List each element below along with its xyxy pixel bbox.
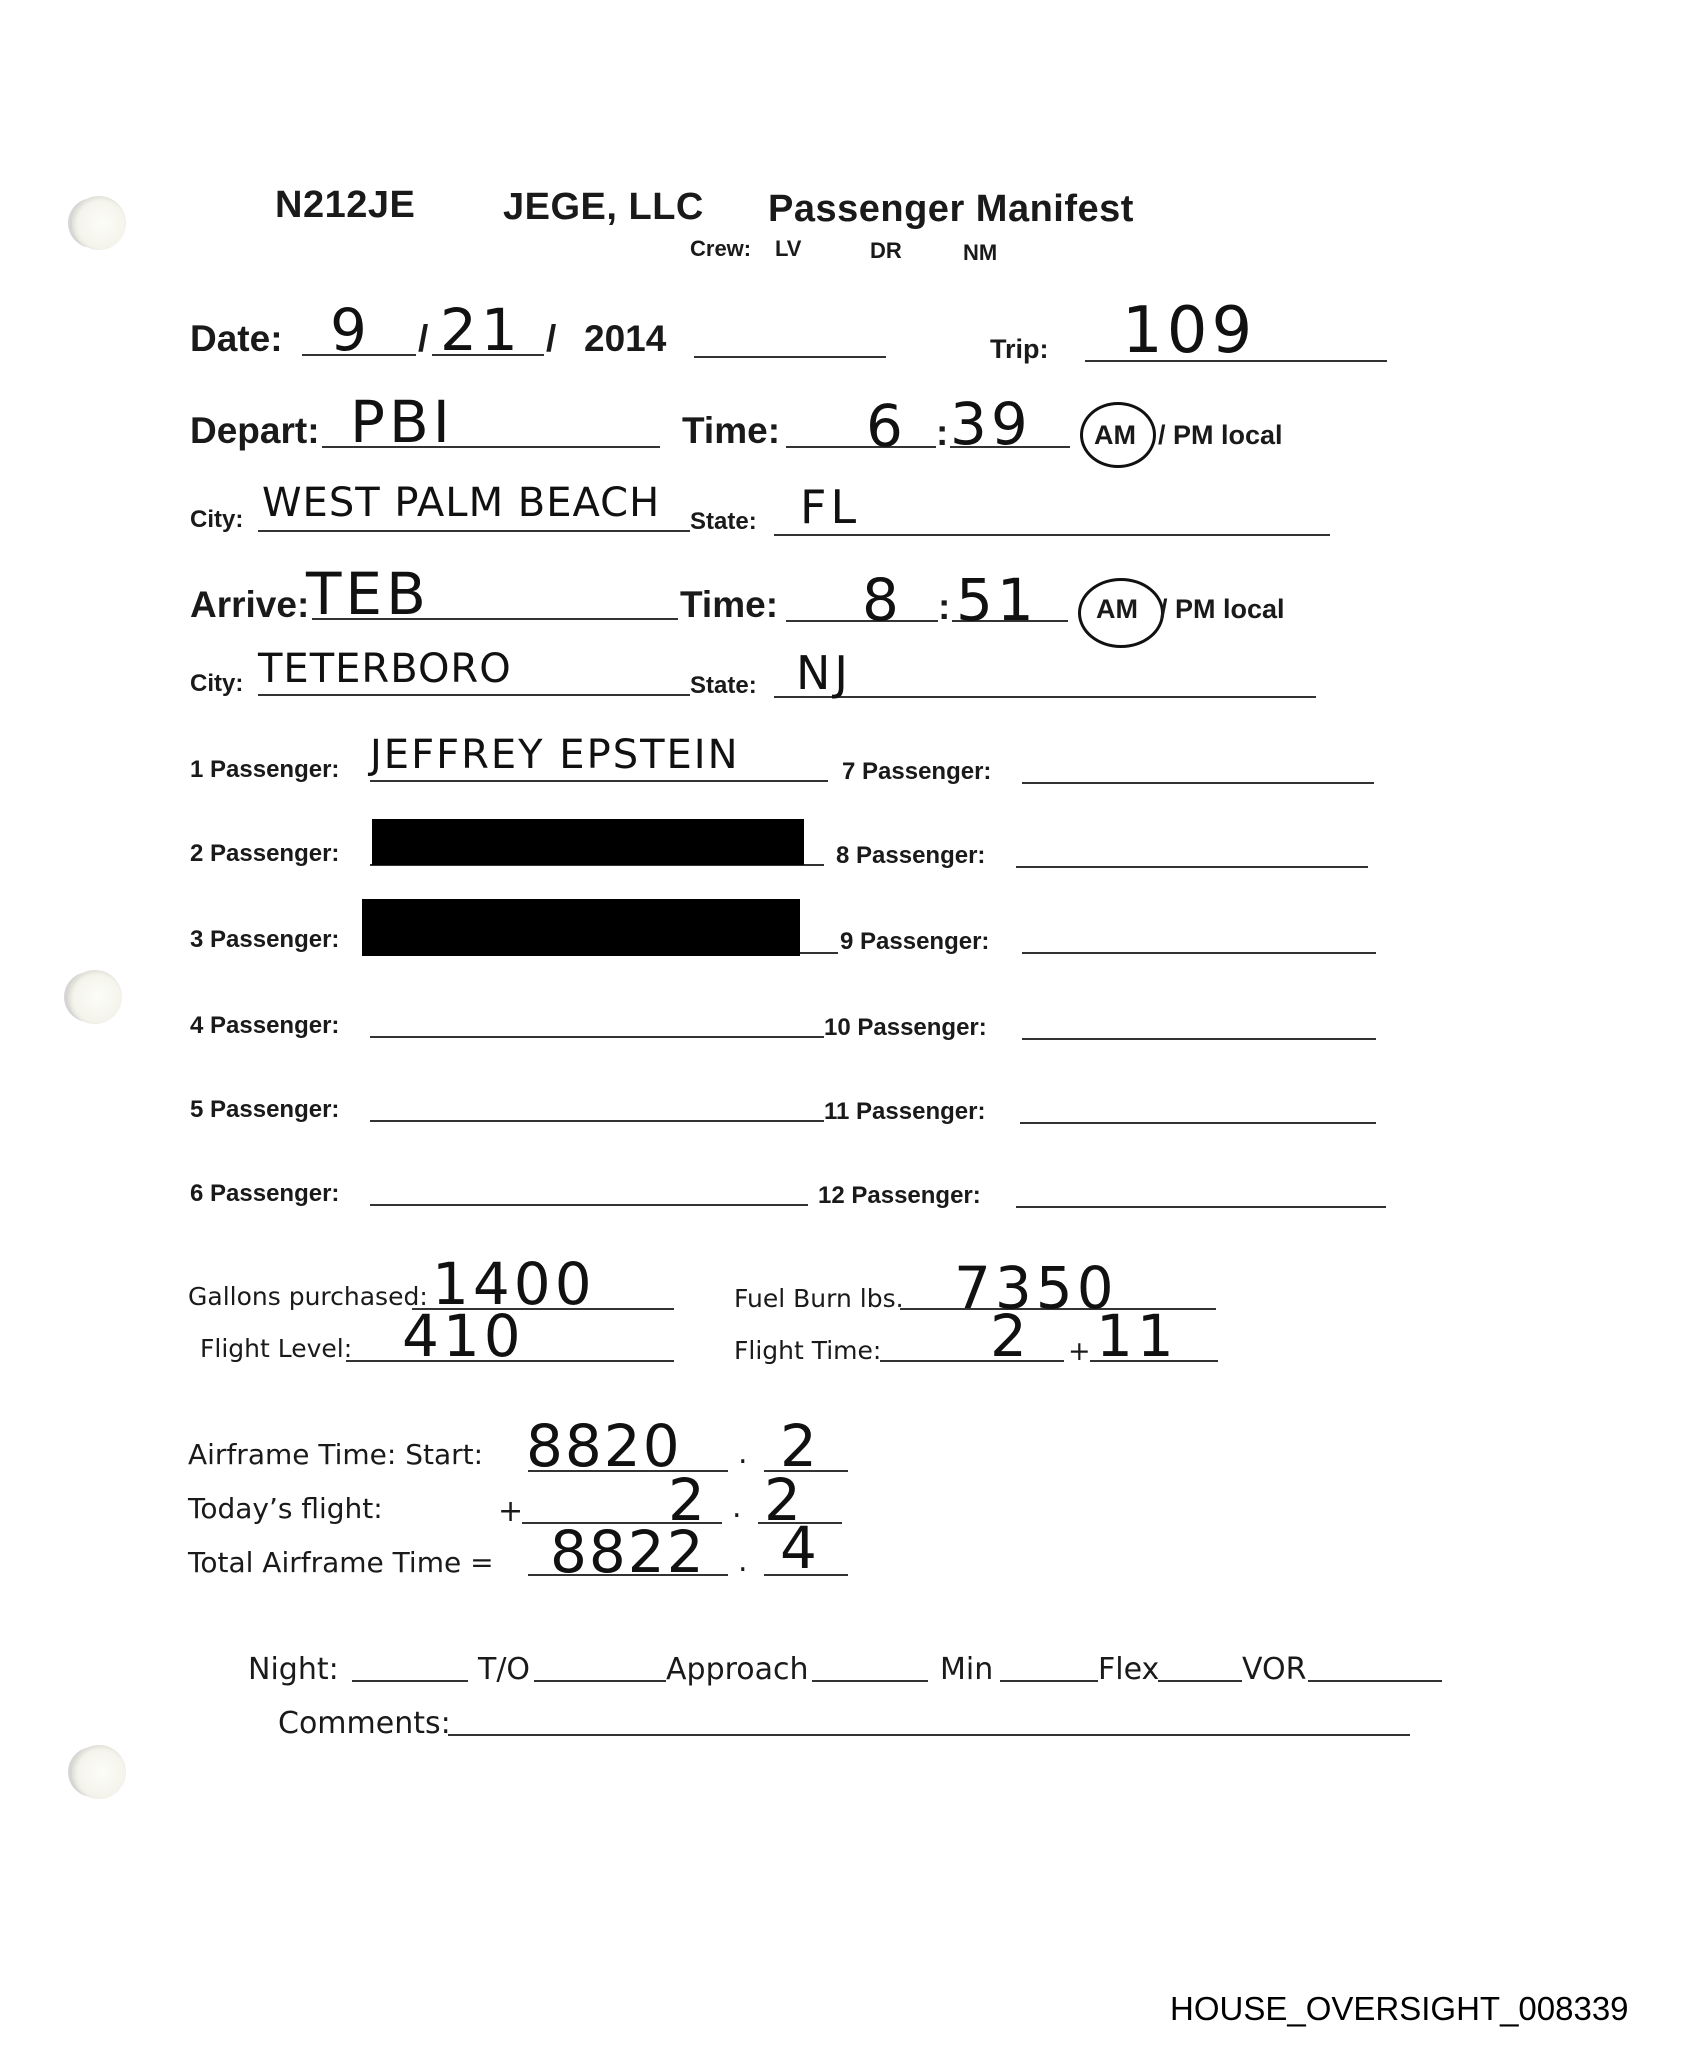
passenger-3-redaction [362,899,800,956]
depart-minute-value: 39 [950,390,1032,458]
flight-time-plus: + [1068,1336,1091,1367]
vor-field[interactable] [1308,1680,1442,1682]
min-field[interactable] [1000,1680,1098,1682]
night-field[interactable] [352,1680,468,1682]
flex-label: Flex [1098,1652,1159,1687]
date-extra-line [694,356,886,358]
company-name: JEGE, LLC [503,186,704,229]
takeoff-label: T/O [478,1652,530,1687]
arrive-state-label: State: [690,672,757,700]
arrive-time-colon: : [938,586,950,628]
flight-time-hours-value: 2 [990,1302,1031,1370]
airframe-start-whole-value: 8820 [526,1412,682,1480]
passenger-10-field[interactable] [1022,1038,1376,1040]
depart-pm-local[interactable]: / PM local [1158,420,1283,451]
flex-field[interactable] [1158,1680,1242,1682]
depart-state-value: FL [800,480,860,534]
flight-time-label: Flight Time: [734,1336,881,1365]
arrive-airport-value: TEB [306,560,430,628]
todays-flight-dot: . [732,1490,742,1525]
crew-member-1: LV [775,236,801,262]
depart-hour-value: 6 [866,392,907,460]
date-day-value: 21 [440,296,522,364]
passenger-7-field[interactable] [1022,782,1374,784]
depart-hour-field[interactable] [786,446,936,448]
passenger-2-label: 2 Passenger: [190,840,339,868]
passenger-11-field[interactable] [1020,1122,1376,1124]
crew-label: Crew: [690,236,751,262]
passenger-7-label: 7 Passenger: [842,758,991,786]
passenger-1-field[interactable] [370,780,828,782]
vor-label: VOR [1242,1652,1306,1687]
approach-label: Approach [666,1652,809,1687]
todays-flight-label: Today’s flight: [188,1492,383,1525]
depart-label: Depart: [190,410,320,452]
binder-hole-middle [68,970,122,1024]
arrive-hour-value: 8 [862,566,903,634]
arrive-time-label: Time: [680,584,778,626]
passenger-4-label: 4 Passenger: [190,1012,339,1040]
depart-state-field[interactable] [774,534,1330,536]
arrive-label: Arrive: [190,584,309,626]
arrive-state-value: NJ [796,646,852,700]
passenger-5-field[interactable] [370,1120,824,1122]
min-label: Min [940,1652,993,1687]
date-label: Date: [190,318,283,360]
flight-level-label: Flight Level: [200,1334,352,1363]
depart-time-colon: : [936,412,948,454]
depart-city-field[interactable] [258,530,690,532]
gallons-purchased-label: Gallons purchased: [188,1282,428,1311]
passenger-12-field[interactable] [1016,1206,1386,1208]
depart-city-value: WEST PALM BEACH [262,480,660,526]
fuel-burn-value: 7350 [954,1254,1118,1322]
total-airframe-dot: . [738,1544,748,1579]
passenger-9-label: 9 Passenger: [840,928,989,956]
flight-time-minutes-value: 11 [1096,1302,1178,1370]
night-label: Night: [248,1652,339,1687]
depart-city-label: City: [190,506,243,534]
crew-member-3: NM [963,240,997,266]
date-sep-1: / [418,318,428,360]
flight-level-value: 410 [402,1302,525,1370]
fuel-burn-label: Fuel Burn lbs. [734,1284,904,1313]
todays-flight-plus: + [498,1494,523,1529]
passenger-5-label: 5 Passenger: [190,1096,339,1124]
arrive-minute-value: 51 [956,566,1038,634]
bates-number: HOUSE_OVERSIGHT_008339 [1170,1990,1629,2028]
tail-number: N212JE [275,184,415,227]
total-airframe-tenth-value: 4 [780,1514,821,1582]
arrive-am-selected-circle [1078,578,1164,648]
depart-airport-value: PBI [350,388,454,456]
trip-value: 109 [1122,294,1256,368]
passenger-2-redaction [372,819,804,865]
passenger-8-field[interactable] [1016,866,1368,868]
passenger-11-label: 11 Passenger: [824,1098,985,1126]
airframe-start-dot: . [738,1436,748,1471]
trip-label: Trip: [990,334,1049,365]
binder-hole-bottom [72,1745,126,1799]
comments-label: Comments: [278,1706,451,1741]
passenger-6-label: 6 Passenger: [190,1180,339,1208]
passenger-9-field[interactable] [1022,952,1376,954]
airframe-start-label: Airframe Time: Start: [188,1438,483,1471]
arrive-state-field[interactable] [774,696,1316,698]
date-month-value: 9 [330,296,371,364]
passenger-4-field[interactable] [370,1036,824,1038]
passenger-8-label: 8 Passenger: [836,842,985,870]
flight-time-hours-field[interactable] [880,1360,1064,1362]
depart-am-selected-circle [1080,402,1156,468]
arrive-city-field[interactable] [258,694,690,696]
depart-state-label: State: [690,508,757,536]
date-year: 2014 [584,318,666,360]
passenger-6-field[interactable] [370,1204,808,1206]
total-airframe-label: Total Airframe Time = [188,1546,494,1579]
crew-member-2: DR [870,238,902,264]
passenger-12-label: 12 Passenger: [818,1182,981,1210]
total-airframe-whole-value: 8822 [550,1518,706,1586]
arrive-city-label: City: [190,670,243,698]
comments-field[interactable] [448,1734,1410,1736]
depart-time-label: Time: [682,410,780,452]
takeoff-field[interactable] [534,1680,666,1682]
passenger-1-value: JEFFREY EPSTEIN [370,732,740,778]
approach-field[interactable] [812,1680,928,1682]
binder-hole-top [72,196,126,250]
form-title: Passenger Manifest [768,188,1134,231]
arrive-city-value: TETERBORO [258,646,512,692]
date-sep-2: / [546,318,556,360]
passenger-1-label: 1 Passenger: [190,756,339,784]
passenger-10-label: 10 Passenger: [824,1014,987,1042]
arrive-pm-local[interactable]: / PM local [1160,594,1285,625]
passenger-3-label: 3 Passenger: [190,926,339,954]
